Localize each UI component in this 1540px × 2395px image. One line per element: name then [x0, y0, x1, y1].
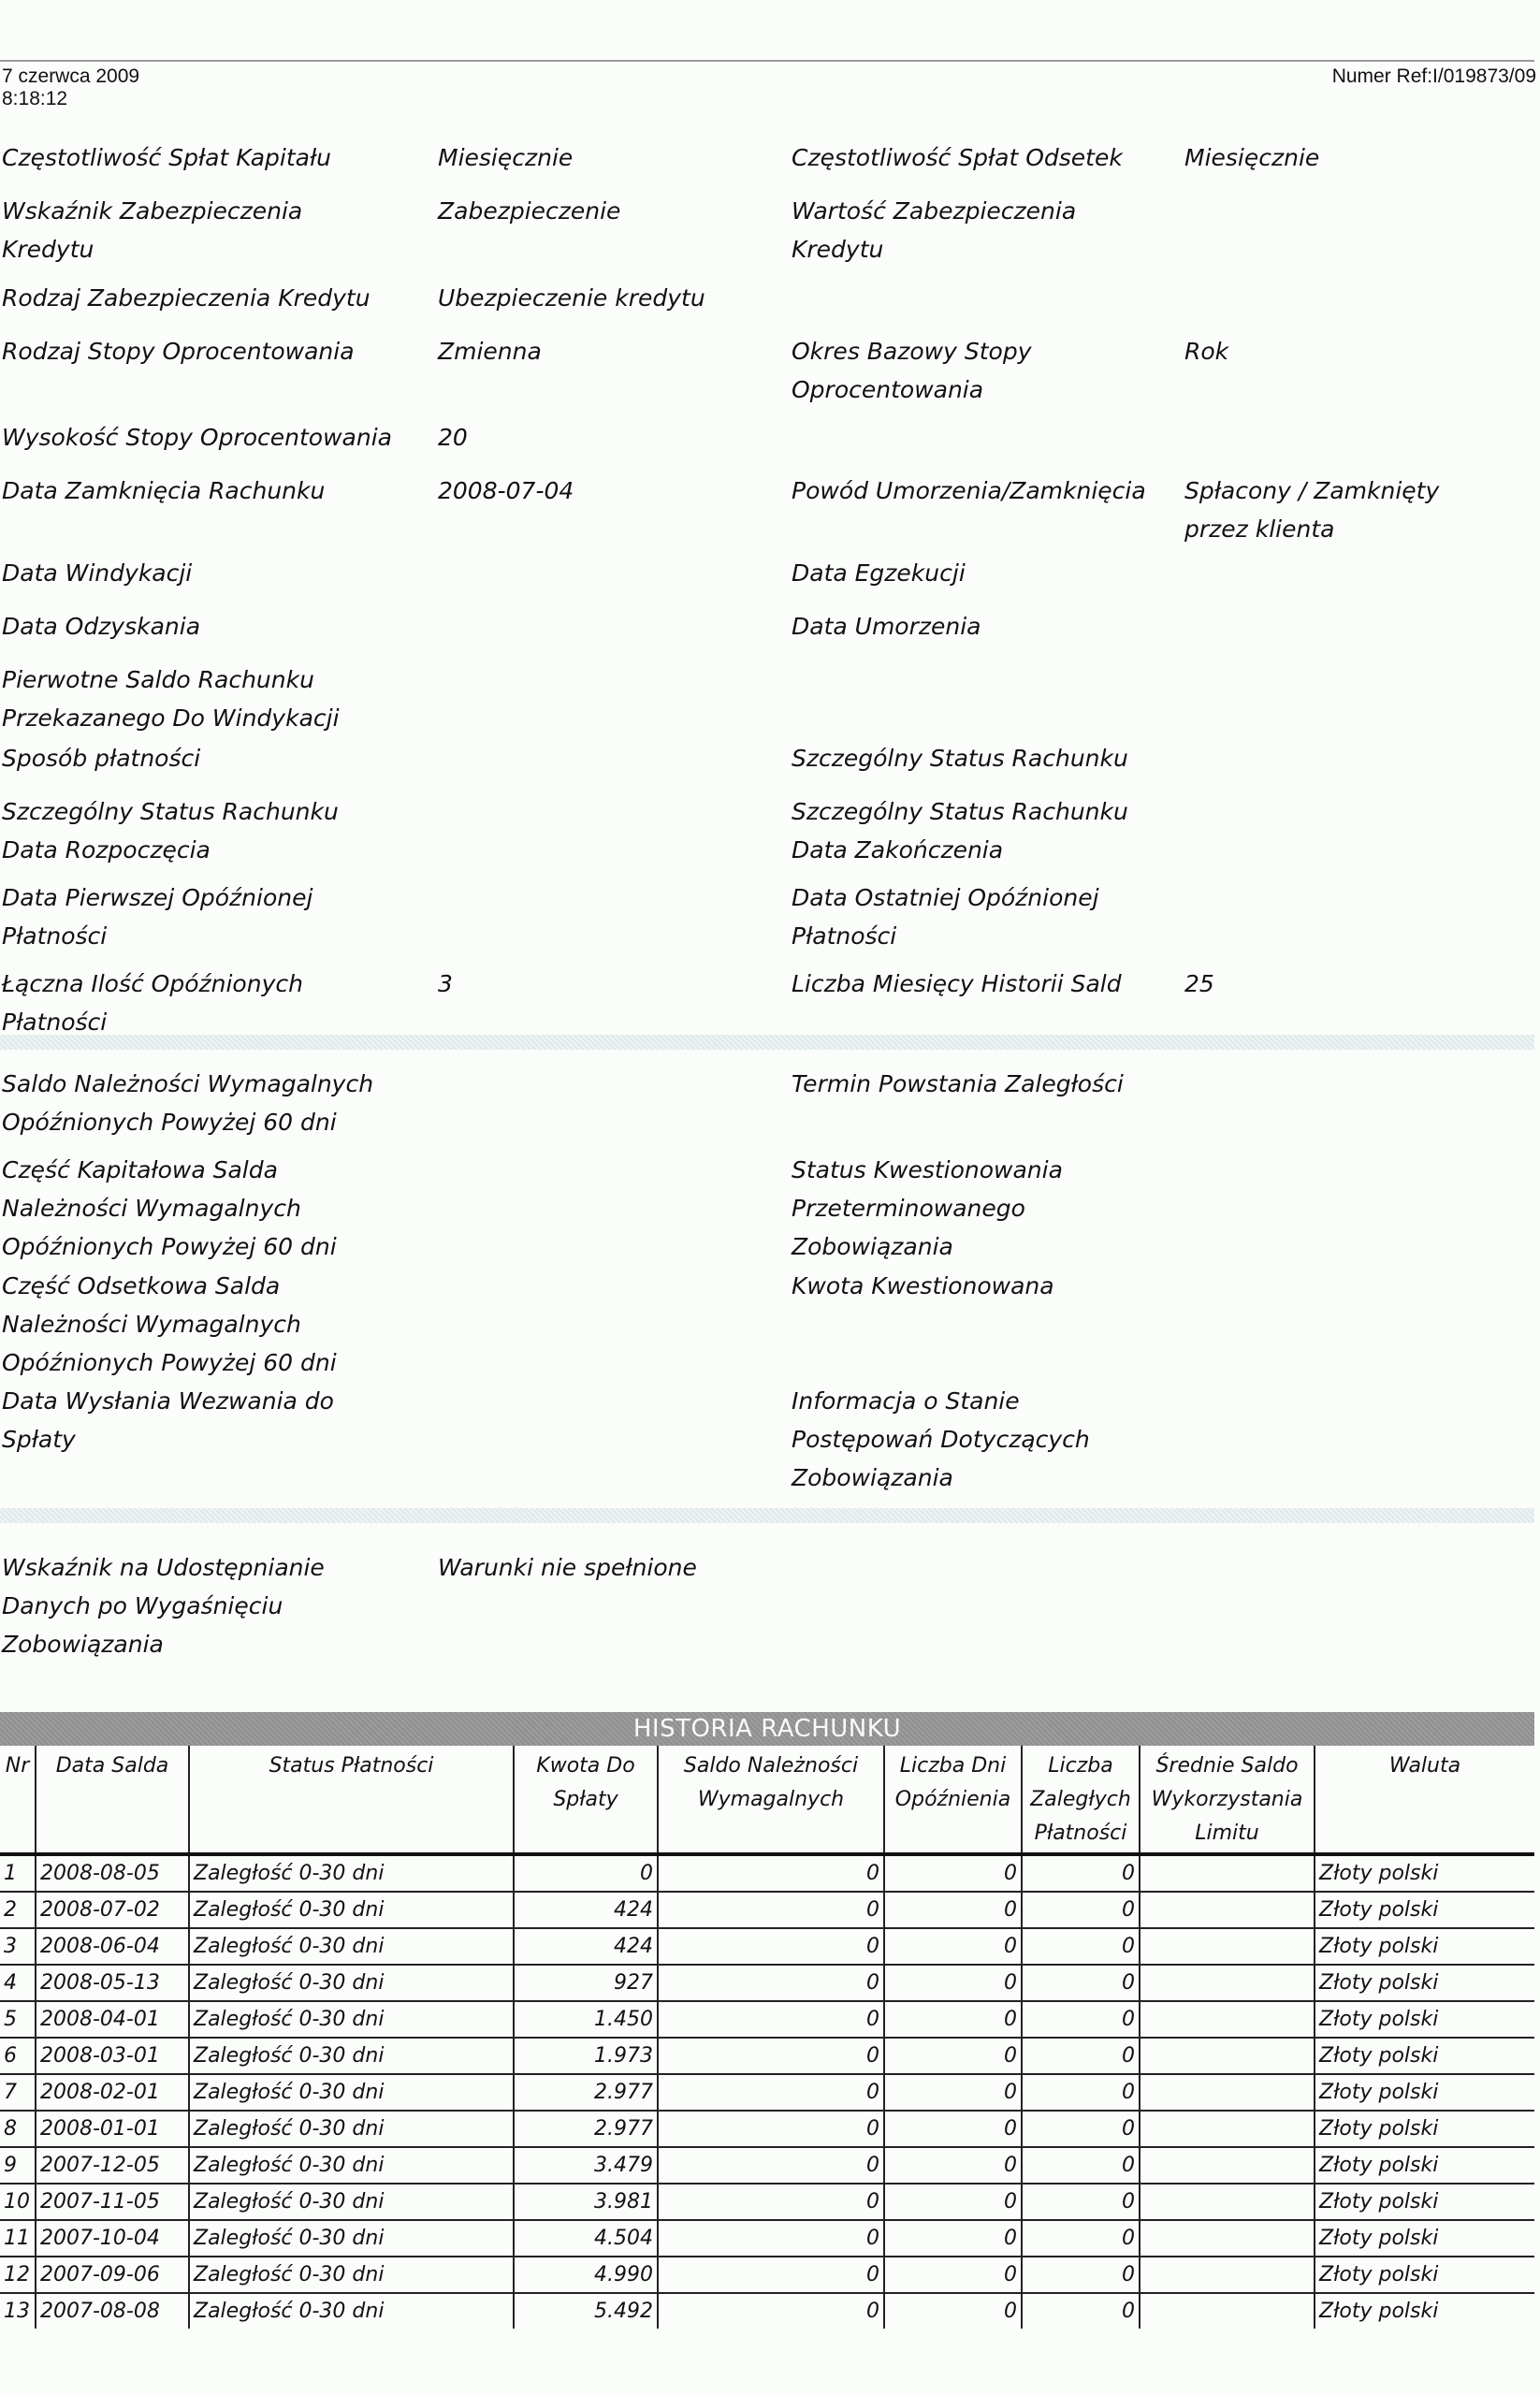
table-cell: 0: [1022, 2293, 1140, 2329]
table-row: 12008-08-05Zaległość 0-30 dni0000Złoty p…: [0, 1854, 1534, 1892]
table-cell: 0: [658, 2001, 884, 2038]
table-cell: Zaległość 0-30 dni: [189, 2257, 514, 2293]
table-cell: 4.504: [514, 2220, 658, 2257]
field-label: Część Odsetkowa Salda Należności Wymagal…: [2, 1267, 337, 1382]
table-cell: 0: [884, 2038, 1022, 2074]
table-cell: 2007-09-06: [36, 2257, 189, 2293]
field-label: Rodzaj Zabezpieczenia Kredytu: [2, 279, 370, 317]
table-cell: Złoty polski: [1315, 2293, 1534, 2329]
table-row: 72008-02-01Zaległość 0-30 dni2.977000Zło…: [0, 2074, 1534, 2111]
table-cell: 0: [884, 2074, 1022, 2111]
field-value: 2008-07-04: [438, 472, 574, 510]
table-cell: [1140, 2257, 1315, 2293]
table-cell: 0: [1022, 2111, 1140, 2147]
table-cell: 2007-12-05: [36, 2147, 189, 2184]
field-value: Miesięcznie: [438, 138, 573, 177]
table-cell: 0: [1022, 2147, 1140, 2184]
table-cell: 5: [0, 2001, 36, 2038]
table-header-row: NrData SaldaStatus PłatnościKwota Do Spł…: [0, 1746, 1534, 1854]
table-cell: Złoty polski: [1315, 2220, 1534, 2257]
field-label: Część Kapitałowa Salda Należności Wymaga…: [2, 1151, 337, 1266]
table-row: 62008-03-01Zaległość 0-30 dni1.973000Zło…: [0, 2038, 1534, 2074]
table-cell: 3: [0, 1928, 36, 1965]
table-cell: Zaległość 0-30 dni: [189, 2184, 514, 2220]
table-cell: Złoty polski: [1315, 2038, 1534, 2074]
account-history-section: HISTORIA RACHUNKU NrData SaldaStatus Pła…: [0, 1712, 1534, 2329]
table-cell: [1140, 2147, 1315, 2184]
table-cell: Zaległość 0-30 dni: [189, 1854, 514, 1892]
table-cell: 0: [1022, 2184, 1140, 2220]
field-value: Zmienna: [438, 332, 542, 370]
table-cell: [1140, 2111, 1315, 2147]
field-value: Rok: [1184, 332, 1228, 370]
table-cell: Złoty polski: [1315, 1928, 1534, 1965]
column-header: Średnie Saldo Wykorzystania Limitu: [1140, 1746, 1315, 1854]
table-row: 122007-09-06Zaległość 0-30 dni4.990000Zł…: [0, 2257, 1534, 2293]
table-cell: [1140, 2220, 1315, 2257]
field-label: Data Umorzenia: [792, 607, 981, 646]
table-cell: 0: [1022, 2074, 1140, 2111]
table-cell: 2008-04-01: [36, 2001, 189, 2038]
table-cell: 9: [0, 2147, 36, 2184]
table-cell: 0: [1022, 2220, 1140, 2257]
table-cell: Zaległość 0-30 dni: [189, 1892, 514, 1928]
field-label: Termin Powstania Zaległości: [792, 1065, 1124, 1103]
field-label: Sposób płatności: [2, 739, 200, 777]
field-label: Liczba Miesięcy Historii Sald: [792, 965, 1122, 1003]
table-cell: [1140, 1928, 1315, 1965]
table-cell: 7: [0, 2074, 36, 2111]
table-cell: Złoty polski: [1315, 2257, 1534, 2293]
table-cell: 0: [1022, 2038, 1140, 2074]
field-value: Warunki nie spełnione: [438, 1548, 697, 1587]
table-cell: [1140, 2038, 1315, 2074]
table-cell: 2.977: [514, 2111, 658, 2147]
table-cell: 4.990: [514, 2257, 658, 2293]
field-value: 20: [438, 418, 468, 457]
table-cell: 8: [0, 2111, 36, 2147]
account-history-table: NrData SaldaStatus PłatnościKwota Do Spł…: [0, 1746, 1534, 2329]
table-cell: 0: [658, 1854, 884, 1892]
table-cell: 0: [658, 2038, 884, 2074]
table-cell: Złoty polski: [1315, 2111, 1534, 2147]
table-cell: [1140, 2184, 1315, 2220]
table-cell: Zaległość 0-30 dni: [189, 2220, 514, 2257]
field-label: Powód Umorzenia/Zamknięcia: [792, 472, 1146, 510]
table-row: 52008-04-01Zaległość 0-30 dni1.450000Zło…: [0, 2001, 1534, 2038]
report-datetime: 7 czerwca 2009 8:18:12: [2, 65, 139, 110]
column-header: Saldo Należności Wymagalnych: [658, 1746, 884, 1854]
table-cell: 0: [1022, 1854, 1140, 1892]
table-cell: Złoty polski: [1315, 2147, 1534, 2184]
field-label: Wskaźnik na Udostępnianie Danych po Wyga…: [2, 1548, 325, 1663]
field-value: Zabezpieczenie: [438, 192, 620, 230]
table-row: 82008-01-01Zaległość 0-30 dni2.977000Zło…: [0, 2111, 1534, 2147]
table-cell: 424: [514, 1928, 658, 1965]
table-cell: Zaległość 0-30 dni: [189, 2111, 514, 2147]
table-cell: Złoty polski: [1315, 2074, 1534, 2111]
table-cell: 0: [658, 2220, 884, 2257]
table-cell: Złoty polski: [1315, 1892, 1534, 1928]
table-cell: 2007-10-04: [36, 2220, 189, 2257]
table-cell: 0: [658, 2184, 884, 2220]
field-value: Ubezpieczenie kredytu: [438, 279, 705, 317]
table-cell: 0: [658, 1928, 884, 1965]
table-cell: 2008-07-02: [36, 1892, 189, 1928]
column-header: Data Salda: [36, 1746, 189, 1854]
table-cell: Zaległość 0-30 dni: [189, 1928, 514, 1965]
field-label: Saldo Należności Wymagalnych Opóźnionych…: [2, 1065, 373, 1141]
table-cell: Zaległość 0-30 dni: [189, 2038, 514, 2074]
field-label: Wartość Zabezpieczenia Kredytu: [792, 192, 1076, 269]
table-cell: 0: [884, 2293, 1022, 2329]
field-label: Data Zamknięcia Rachunku: [2, 472, 325, 510]
field-label: Data Odzyskania: [2, 607, 200, 646]
table-cell: 927: [514, 1965, 658, 2001]
table-cell: 0: [658, 2257, 884, 2293]
table-cell: 6: [0, 2038, 36, 2074]
field-value: Miesięcznie: [1184, 138, 1319, 177]
table-cell: 2008-02-01: [36, 2074, 189, 2111]
field-label: Okres Bazowy Stopy Oprocentowania: [792, 332, 1032, 409]
field-value: Spłacony / Zamknięty przez klienta: [1184, 472, 1439, 548]
reference-number: Numer Ref:I/019873/09: [1332, 65, 1536, 88]
table-cell: [1140, 2001, 1315, 2038]
table-cell: [1140, 2074, 1315, 2111]
table-cell: Zaległość 0-30 dni: [189, 2074, 514, 2111]
table-cell: 0: [1022, 1928, 1140, 1965]
field-label: Kwota Kwestionowana: [792, 1267, 1054, 1305]
table-cell: 1: [0, 1854, 36, 1892]
table-cell: [1140, 1965, 1315, 2001]
table-cell: 2008-03-01: [36, 2038, 189, 2074]
table-cell: 3.479: [514, 2147, 658, 2184]
table-cell: 0: [884, 1928, 1022, 1965]
column-header: Waluta: [1315, 1746, 1534, 1854]
table-cell: 424: [514, 1892, 658, 1928]
table-cell: 0: [658, 2074, 884, 2111]
table-cell: Zaległość 0-30 dni: [189, 2001, 514, 2038]
table-cell: 0: [884, 2147, 1022, 2184]
table-cell: 0: [658, 1892, 884, 1928]
column-header: Status Płatności: [189, 1746, 514, 1854]
field-label: Łączna Ilość Opóźnionych Płatności: [2, 965, 303, 1041]
table-cell: 0: [884, 1892, 1022, 1928]
table-cell: 2: [0, 1892, 36, 1928]
field-label: Data Ostatniej Opóźnionej Płatności: [792, 878, 1099, 955]
field-label: Szczególny Status Rachunku: [792, 739, 1128, 777]
table-cell: 1.450: [514, 2001, 658, 2038]
table-cell: [1140, 1892, 1315, 1928]
table-cell: 1.973: [514, 2038, 658, 2074]
field-label: Częstotliwość Spłat Odsetek: [792, 138, 1123, 177]
table-cell: Zaległość 0-30 dni: [189, 1965, 514, 2001]
table-cell: 0: [658, 2111, 884, 2147]
section-divider: [0, 1035, 1534, 1050]
table-cell: 0: [1022, 2257, 1140, 2293]
table-cell: 0: [514, 1854, 658, 1892]
table-cell: 0: [658, 1965, 884, 2001]
table-cell: Zaległość 0-30 dni: [189, 2147, 514, 2184]
field-label: Pierwotne Saldo Rachunku Przekazanego Do…: [2, 660, 340, 737]
table-cell: 0: [658, 2293, 884, 2329]
field-label: Wysokość Stopy Oprocentowania: [2, 418, 392, 457]
field-label: Data Pierwszej Opóźnionej Płatności: [2, 878, 312, 955]
table-cell: 11: [0, 2220, 36, 2257]
report-date: 7 czerwca 2009: [2, 65, 139, 88]
account-history-title: HISTORIA RACHUNKU: [0, 1712, 1534, 1746]
table-cell: 2008-08-05: [36, 1854, 189, 1892]
table-cell: 2008-01-01: [36, 2111, 189, 2147]
table-cell: 0: [884, 2220, 1022, 2257]
column-header: Nr: [0, 1746, 36, 1854]
field-label: Częstotliwość Spłat Kapitału: [2, 138, 331, 177]
table-cell: 4: [0, 1965, 36, 2001]
table-row: 132007-08-08Zaległość 0-30 dni5.492000Zł…: [0, 2293, 1534, 2329]
field-label: Szczególny Status Rachunku Data Rozpoczę…: [2, 792, 339, 869]
table-cell: 0: [884, 2184, 1022, 2220]
table-cell: Złoty polski: [1315, 1854, 1534, 1892]
field-label: Szczególny Status Rachunku Data Zakończe…: [792, 792, 1128, 869]
table-cell: 3.981: [514, 2184, 658, 2220]
table-cell: 2008-05-13: [36, 1965, 189, 2001]
header-rule: [0, 60, 1534, 62]
table-cell: 0: [884, 2111, 1022, 2147]
column-header: Kwota Do Spłaty: [514, 1746, 658, 1854]
table-cell: 13: [0, 2293, 36, 2329]
field-label: Data Windykacji: [2, 554, 192, 592]
table-row: 102007-11-05Zaległość 0-30 dni3.981000Zł…: [0, 2184, 1534, 2220]
section-divider: [0, 1508, 1534, 1523]
table-row: 32008-06-04Zaległość 0-30 dni424000Złoty…: [0, 1928, 1534, 1965]
table-cell: 10: [0, 2184, 36, 2220]
table-cell: 2.977: [514, 2074, 658, 2111]
table-body: 12008-08-05Zaległość 0-30 dni0000Złoty p…: [0, 1854, 1534, 2329]
table-cell: 0: [1022, 2001, 1140, 2038]
report-time: 8:18:12: [2, 88, 139, 110]
table-cell: 0: [884, 1965, 1022, 2001]
table-cell: [1140, 1854, 1315, 1892]
field-label: Data Wysłania Wezwania do Spłaty: [2, 1382, 334, 1459]
table-cell: 12: [0, 2257, 36, 2293]
table-row: 42008-05-13Zaległość 0-30 dni927000Złoty…: [0, 1965, 1534, 2001]
table-cell: [1140, 2293, 1315, 2329]
table-cell: 0: [1022, 1892, 1140, 1928]
table-cell: 0: [884, 1854, 1022, 1892]
table-cell: 0: [884, 2257, 1022, 2293]
field-value: 25: [1184, 965, 1214, 1003]
table-cell: Złoty polski: [1315, 2184, 1534, 2220]
table-cell: 0: [1022, 1965, 1140, 2001]
table-cell: 0: [658, 2147, 884, 2184]
table-row: 22008-07-02Zaległość 0-30 dni424000Złoty…: [0, 1892, 1534, 1928]
field-label: Informacja o Stanie Postępowań Dotyczący…: [792, 1382, 1090, 1497]
table-row: 112007-10-04Zaległość 0-30 dni4.504000Zł…: [0, 2220, 1534, 2257]
column-header: Liczba Zaległych Płatności: [1022, 1746, 1140, 1854]
table-cell: 2007-08-08: [36, 2293, 189, 2329]
table-cell: Złoty polski: [1315, 1965, 1534, 2001]
table-cell: 0: [884, 2001, 1022, 2038]
field-label: Status Kwestionowania Przeterminowanego …: [792, 1151, 1063, 1266]
column-header: Liczba Dni Opóźnienia: [884, 1746, 1022, 1854]
table-cell: Złoty polski: [1315, 2001, 1534, 2038]
table-cell: 2007-11-05: [36, 2184, 189, 2220]
table-row: 92007-12-05Zaległość 0-30 dni3.479000Zło…: [0, 2147, 1534, 2184]
table-cell: Zaległość 0-30 dni: [189, 2293, 514, 2329]
table-cell: 2008-06-04: [36, 1928, 189, 1965]
field-value: 3: [438, 965, 453, 1003]
field-label: Wskaźnik Zabezpieczenia Kredytu: [2, 192, 302, 269]
field-label: Data Egzekucji: [792, 554, 966, 592]
field-label: Rodzaj Stopy Oprocentowania: [2, 332, 355, 370]
table-cell: 5.492: [514, 2293, 658, 2329]
